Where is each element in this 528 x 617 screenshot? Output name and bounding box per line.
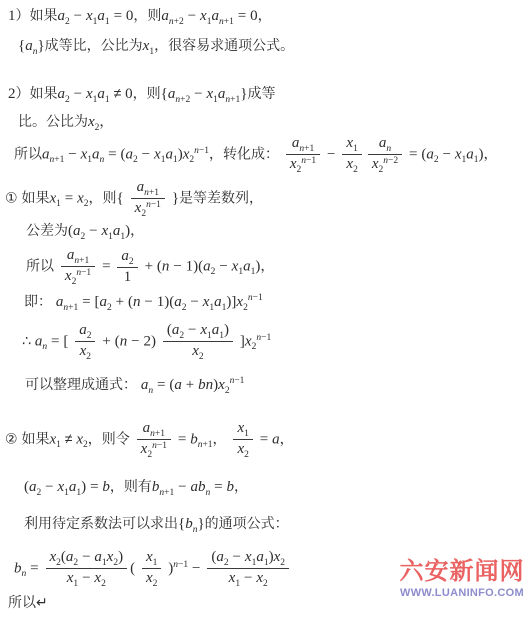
math-line-4: 比。公比为x2， (18, 112, 113, 133)
math-line-16: 所以↵ (8, 593, 48, 611)
document-page: 1）如果a2 − x1a1 = 0，则an+2 − x1an+1 = 0， {a… (0, 0, 528, 617)
math-line-1: 1）如果a2 − x1a1 = 0，则an+2 − x1an+1 = 0， (8, 6, 272, 27)
math-line-9: 即： an+1 = [a2 + (n − 1)(a2 − x1a1)]x2n−1 (24, 292, 263, 313)
math-line-7: 公差为(a2 − x1a1)， (26, 221, 144, 242)
watermark-site-url: WWW.LUANINFO.COM (399, 587, 525, 599)
site-watermark: 六安新闻网 WWW.LUANINFO.COM (399, 558, 525, 599)
math-line-8: 所以 an+1x2n−1 = a21 + (n − 1)(a2 − x1a1)， (26, 246, 274, 288)
math-line-5: 所以an+1 − x1an = (a2 − x1a1)x2n−1，转化成： an… (14, 134, 498, 176)
math-line-2: {an}成等比，公比为x1，很容易求通项公式。 (18, 36, 294, 57)
math-line-12: ② 如果x1 ≠ x2，则令 an+1x2n−1 = bn+1， x1x2 = … (5, 419, 294, 461)
math-line-15: bn = x2(a2 − a1x2)x1 − x2( x1x2 )n−1 − (… (14, 548, 292, 590)
math-line-6: ① 如果x1 = x2，则{ an+1x2n−1 }是等差数列， (5, 178, 263, 220)
math-line-11: 可以整理成通式： an = (a + bn)x2n−1 (25, 375, 244, 396)
math-line-13: (a2 − x1a1) = b，则有bn+1 − abn = b， (24, 477, 248, 498)
math-line-14: 利用待定系数法可以求出{bn}的通项公式： (24, 514, 289, 535)
math-line-3: 2）如果a2 − x1a1 ≠ 0，则{an+2 − x1an+1}成等 (8, 84, 275, 105)
watermark-site-name: 六安新闻网 (399, 558, 525, 586)
math-line-10: ∴ an = [ a2x2 + (n − 2) (a2 − x1a1)x2 ]x… (22, 321, 271, 363)
